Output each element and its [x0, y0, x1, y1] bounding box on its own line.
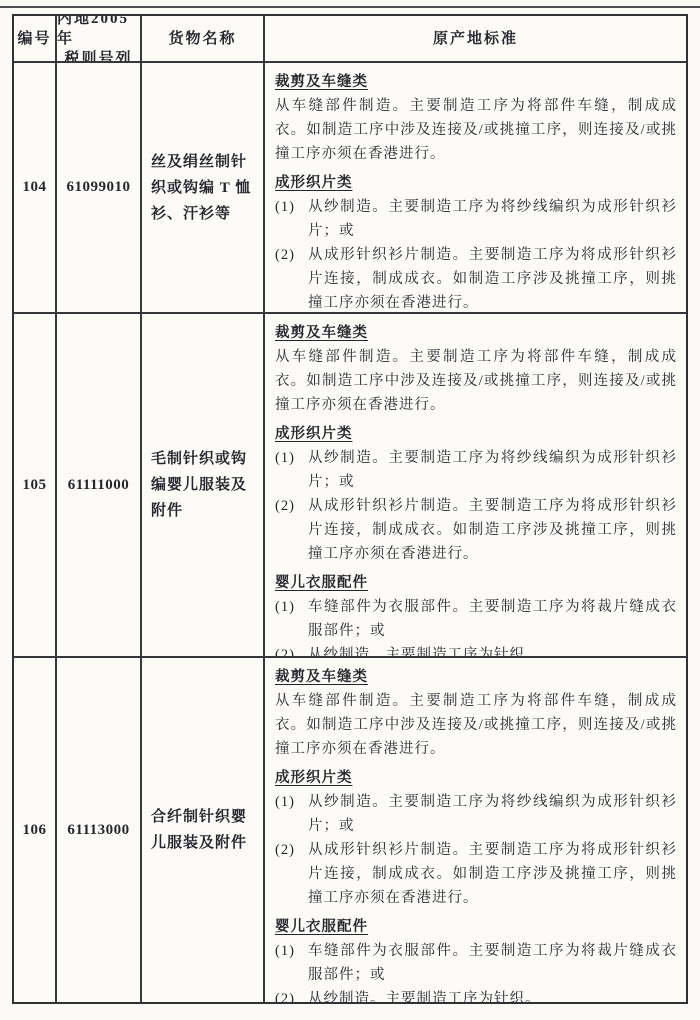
table-header-row: 编号 内地2005年 税则号列 货物名称 原产地标准	[14, 16, 686, 63]
origin-standard-cell: 裁剪及车缝类从车缝部件制造。主要制造工序为将部件车缝，制成成衣。如制造工序中涉及…	[265, 658, 686, 1002]
tariff-code: 61113000	[67, 822, 129, 839]
item-number: (1)	[275, 790, 308, 838]
scanned-document-page: { "colors": { "ink": "#24262b", "paper":…	[0, 0, 700, 1020]
goods-name-cell: 丝及绢丝制针织或钩编 T 恤衫、汗衫等	[142, 63, 265, 312]
goods-name-cell: 毛制针织或钩编婴儿服装及附件	[142, 314, 265, 656]
tariff-code: 61111000	[68, 477, 130, 494]
tariff-code-cell: 61099010	[57, 63, 142, 312]
section-heading: 成形织片类	[275, 766, 677, 790]
goods-name: 合纤制针织婴儿服装及附件	[142, 800, 263, 860]
item-number: (2)	[275, 243, 308, 312]
standard-item: (1)从纱制造。主要制造工序为将纱线编织为成形针织衫片；或	[275, 446, 677, 494]
tariff-code: 61099010	[67, 179, 131, 196]
header-goods-name: 货物名称	[142, 16, 265, 61]
item-number: (2)	[275, 987, 308, 1002]
item-number: (1)	[275, 446, 308, 494]
section-heading: 裁剪及车缝类	[275, 70, 677, 94]
item-number: (2)	[275, 494, 308, 566]
standard-item: (1)从纱制造。主要制造工序为将纱线编织为成形针织衫片；或	[275, 790, 677, 838]
standard-item: (2)从成形针织衫片制造。主要制造工序为将成形针织衫片连接，制成成衣。如制造工序…	[275, 838, 677, 910]
header-tariff-code: 内地2005年 税则号列	[57, 16, 142, 61]
header-origin-standard: 原产地标准	[265, 16, 686, 61]
standard-paragraph: 从车缝部件制造。主要制造工序为将部件车缝，制成成衣。如制造工序中涉及连接及/或挑…	[275, 345, 677, 417]
standard-paragraph: 从车缝部件制造。主要制造工序为将部件车缝，制成成衣。如制造工序中涉及连接及/或挑…	[275, 94, 677, 166]
header-goods-name-label: 货物名称	[168, 29, 236, 49]
standard-paragraph: 从车缝部件制造。主要制造工序为将部件车缝，制成成衣。如制造工序中涉及连接及/或挑…	[275, 689, 677, 761]
row-number-cell: 105	[14, 314, 57, 656]
origin-standards-table: 编号 内地2005年 税则号列 货物名称 原产地标准 104 61099010 …	[12, 14, 688, 1004]
standard-item: (2)从成形针织衫片制造。主要制造工序为将成形针织衫片连接，制成成衣。如制造工序…	[275, 494, 677, 566]
standard-item: (2)从纱制造。主要制造工序为针织。	[275, 987, 677, 1002]
origin-standard-cell: 裁剪及车缝类从车缝部件制造。主要制造工序为将部件车缝，制成成衣。如制造工序中涉及…	[265, 63, 686, 312]
standard-item: (1)从纱制造。主要制造工序为将纱线编织为成形针织衫片；或	[275, 195, 677, 243]
item-text: 车缝部件为衣服部件。主要制造工序为将裁片缝成衣服部件；或	[308, 939, 677, 987]
header-tariff-code-line2: 税则号列	[64, 49, 132, 62]
section-heading: 裁剪及车缝类	[275, 665, 677, 689]
header-number: 编号	[14, 16, 57, 61]
item-text: 从成形针织衫片制造。主要制造工序为将成形针织衫片连接，制成成衣。如制造工序涉及挑…	[308, 494, 677, 566]
section-heading: 婴儿衣服配件	[275, 915, 677, 939]
page-top-rule	[0, 6, 700, 8]
tariff-code-cell: 61113000	[57, 658, 142, 1002]
section-heading: 成形织片类	[275, 171, 677, 195]
table-row: 104 61099010 丝及绢丝制针织或钩编 T 恤衫、汗衫等 裁剪及车缝类从…	[14, 63, 686, 314]
section-heading: 成形织片类	[275, 422, 677, 446]
row-number-cell: 104	[14, 63, 57, 312]
header-tariff-code-line1: 内地2005年	[57, 16, 140, 49]
tariff-code-cell: 61111000	[57, 314, 142, 656]
row-number: 104	[23, 179, 47, 196]
item-text: 从纱制造。主要制造工序为将纱线编织为成形针织衫片；或	[308, 446, 677, 494]
item-number: (1)	[275, 195, 308, 243]
origin-standard-cell: 裁剪及车缝类从车缝部件制造。主要制造工序为将部件车缝，制成成衣。如制造工序中涉及…	[265, 314, 686, 656]
table-row: 106 61113000 合纤制针织婴儿服装及附件 裁剪及车缝类从车缝部件制造。…	[14, 658, 686, 1002]
item-text: 从纱制造。主要制造工序为针织。	[308, 643, 677, 656]
standard-item: (1)车缝部件为衣服部件。主要制造工序为将裁片缝成衣服部件；或	[275, 939, 677, 987]
section-heading: 裁剪及车缝类	[275, 321, 677, 345]
table-row: 105 61111000 毛制针织或钩编婴儿服装及附件 裁剪及车缝类从车缝部件制…	[14, 314, 686, 658]
item-text: 从纱制造。主要制造工序为将纱线编织为成形针织衫片；或	[308, 790, 677, 838]
standard-item: (1)车缝部件为衣服部件。主要制造工序为将裁片缝成衣服部件；或	[275, 595, 677, 643]
item-text: 从纱制造。主要制造工序为将纱线编织为成形针织衫片；或	[308, 195, 677, 243]
item-number: (1)	[275, 595, 308, 643]
item-text: 车缝部件为衣服部件。主要制造工序为将裁片缝成衣服部件；或	[308, 595, 677, 643]
goods-name: 毛制针织或钩编婴儿服装及附件	[142, 442, 263, 528]
row-number: 105	[23, 477, 47, 494]
header-number-label: 编号	[17, 29, 51, 49]
standard-item: (2)从纱制造。主要制造工序为针织。	[275, 643, 677, 656]
goods-name-cell: 合纤制针织婴儿服装及附件	[142, 658, 265, 1002]
item-number: (2)	[275, 838, 308, 910]
goods-name: 丝及绢丝制针织或钩编 T 恤衫、汗衫等	[142, 145, 263, 231]
item-text: 从成形针织衫片制造。主要制造工序为将成形针织衫片连接，制成成衣。如制造工序涉及挑…	[308, 838, 677, 910]
item-text: 从纱制造。主要制造工序为针织。	[308, 987, 677, 1002]
item-number: (2)	[275, 643, 308, 656]
item-text: 从成形针织衫片制造。主要制造工序为将成形针织衫片连接，制成成衣。如制造工序涉及挑…	[308, 243, 677, 312]
section-heading: 婴儿衣服配件	[275, 571, 677, 595]
row-number-cell: 106	[14, 658, 57, 1002]
standard-item: (2)从成形针织衫片制造。主要制造工序为将成形针织衫片连接，制成成衣。如制造工序…	[275, 243, 677, 312]
row-number: 106	[23, 822, 47, 839]
item-number: (1)	[275, 939, 308, 987]
header-origin-standard-label: 原产地标准	[433, 29, 518, 49]
